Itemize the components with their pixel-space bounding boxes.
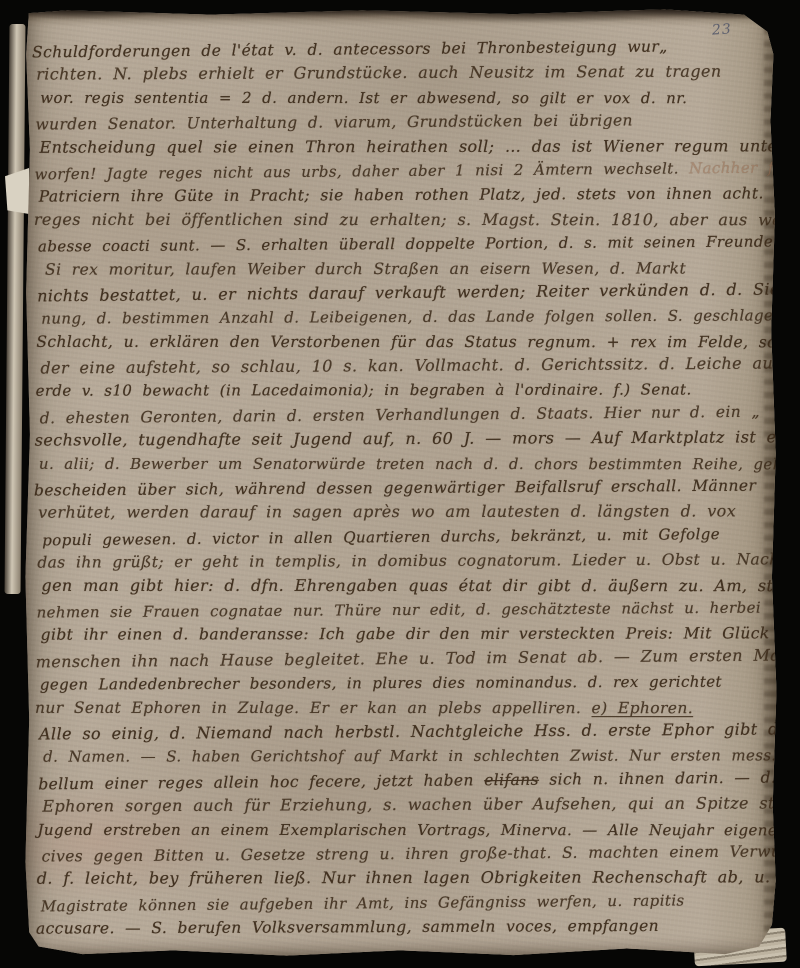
manuscript-line: sechsvolle, tugendhafte seit Jugend auf,… — [35, 426, 764, 454]
manuscript-text-segment: Entscheidung quel sie einen Thron heirat… — [39, 136, 778, 156]
manuscript-line: reges nicht bei öffentlichen sind zu erh… — [34, 208, 763, 233]
manuscript-text-segment: d. f. leicht, bey früheren ließ. Nur ihn… — [37, 867, 778, 888]
manuscript-line: Schlacht, u. erklären den Verstorbenen f… — [36, 330, 763, 355]
manuscript-text-segment: wurden Senator. Unterhaltung d. viarum, … — [35, 112, 633, 134]
manuscript-line: bescheiden über sich, während dessen geg… — [34, 474, 764, 503]
manuscript-text-segment: Patriciern ihre Güte in Pracht; sie habe… — [39, 185, 778, 206]
manuscript-text-segment: sechsvolle, tugendhafte seit Jugend auf,… — [35, 427, 778, 449]
manuscript-text-segment: worfen! Jagte reges nicht aus urbs, dahe… — [35, 159, 690, 183]
manuscript-text-segment: Alle so einig, d. Niemand nach herbstl. … — [39, 719, 778, 743]
manuscript-line: Jugend erstreben an einem Exemplarischen… — [37, 817, 765, 842]
manuscript-line: wurden Senator. Unterhaltung d. viarum, … — [35, 108, 762, 137]
manuscript-text-segment: richten. N. plebs erhielt er Grundstücke… — [36, 62, 721, 84]
manuscript-line: abesse coacti sunt. — S. erhalten überal… — [38, 230, 763, 259]
manuscript-text-segment: erde v. s10 bewacht (in Lacedaimonia); i… — [36, 381, 692, 400]
manuscript-text-segment: verhütet, werden darauf in sagen après w… — [38, 502, 736, 522]
manuscript-line: Alle so einig, d. Niemand nach herbstl. … — [39, 717, 765, 746]
manuscript-text-segment: nung, d. bestimmen Anzahl d. Leibeigenen… — [41, 306, 778, 327]
manuscript-line: richten. N. plebs erhielt er Grundstücke… — [36, 60, 762, 88]
manuscript-line: nur Senat Ephoren in Zulage. Er er kan a… — [35, 695, 765, 720]
manuscript-text-segment: Magistrate können sie aufgeben ihr Amt, … — [41, 891, 685, 915]
manuscript-text-segment: das ihn grüßt; er geht in templis, in do… — [37, 550, 778, 571]
manuscript-text-segment: Si rex moritur, laufen Weiber durch Stra… — [45, 259, 686, 278]
handwritten-text: Schuldforderungen de l'état v. d. antece… — [36, 35, 766, 941]
manuscript-line: Patriciern ihre Güte in Pracht; sie habe… — [39, 182, 763, 210]
manuscript-text-segment: abesse coacti sunt. — S. erhalten überal… — [38, 233, 778, 256]
manuscript-text-segment: nichts bestattet, u. er nichts darauf ve… — [37, 279, 778, 305]
manuscript-text-segment: Ephoren sorgen auch für Erziehung, s. wa… — [42, 793, 778, 815]
manuscript-text-segment: Schlacht, u. erklären den Verstorbenen f… — [36, 333, 777, 351]
manuscript-text-segment: Jugend erstreben an einem Exemplarischen… — [37, 820, 777, 838]
manuscript-line: Ephoren sorgen auch für Erziehung, s. wa… — [42, 792, 765, 820]
manuscript-line: d. Namen. — S. haben Gerichtshof auf Mar… — [43, 744, 765, 770]
manuscript-text-segment: sich n. ihnen darin. — d. — [539, 768, 776, 788]
manuscript-text-segment: accusare. — S. berufen Volksversammlung,… — [36, 917, 659, 938]
manuscript-line: accusare. — S. berufen Volksversammlung,… — [36, 913, 766, 941]
manuscript-line: nung, d. bestimmen Anzahl d. Leibeigenen… — [41, 304, 763, 332]
manuscript-text-segment: populi gewesen. d. victor in allen Quart… — [42, 525, 720, 549]
page-top-stain — [22, 7, 778, 27]
manuscript-line: u. alii; d. Bewerber um Senatorwürde tre… — [39, 451, 764, 476]
manuscript-text-segment: gibt ihr einen d. banderansse: Ich gabe … — [41, 625, 770, 644]
manuscript-page: 23 Schuldforderungen de l'état v. d. ant… — [22, 7, 778, 957]
manuscript-line: das ihn grüßt; er geht in templis, in do… — [37, 548, 764, 576]
manuscript-line: gibt ihr einen d. banderansse: Ich gabe … — [41, 622, 765, 648]
manuscript-text-segment: wor. regis sententia = 2 d. andern. Ist … — [40, 89, 687, 107]
manuscript-line: wor. regis sententia = 2 d. andern. Ist … — [40, 86, 762, 111]
manuscript-text-segment: gen man gibt hier: d. dfn. Ehrengaben qu… — [41, 575, 773, 594]
manuscript-text-segment: menschen ihn nach Hause begleitet. Ehe u… — [36, 645, 778, 671]
manuscript-text-segment: cives gegen Bitten u. Gesetze streng u. … — [42, 842, 778, 865]
manuscript-text-segment: d. ehesten Geronten, darin d. ersten Ver… — [40, 403, 760, 428]
manuscript-text-segment: bescheiden über sich, während dessen geg… — [34, 477, 756, 500]
manuscript-text-segment: nehmen sie Frauen cognatae nur. Thüre nu… — [36, 599, 761, 622]
manuscript-line: nehmen sie Frauen cognatae nur. Thüre nu… — [36, 596, 764, 625]
manuscript-text-segment: d. Namen. — S. haben Gerichtshof auf Mar… — [43, 747, 776, 766]
manuscript-line: cives gegen Bitten u. Gesetze streng u. … — [42, 839, 766, 868]
manuscript-text-segment: reges nicht bei öffentlichen sind zu erh… — [34, 210, 778, 229]
manuscript-line: gen man gibt hier: d. dfn. Ehrengaben qu… — [41, 573, 764, 598]
manuscript-text-segment: gegen Landedenbrecher besonders, in plur… — [40, 673, 722, 694]
manuscript-line: d. f. leicht, bey früheren ließ. Nur ihn… — [37, 866, 766, 892]
manuscript-word-strike: elifans — [484, 770, 539, 789]
manuscript-text-segment: Schuldforderungen de l'état v. d. antece… — [32, 38, 668, 62]
manuscript-line: gegen Landedenbrecher besonders, in plur… — [40, 670, 765, 698]
photo-background: 23 Schuldforderungen de l'état v. d. ant… — [0, 0, 800, 968]
manuscript-line: verhütet, werden darauf in sagen après w… — [38, 500, 764, 526]
manuscript-text-segment: u. alii; d. Bewerber um Senatorwürde tre… — [39, 454, 778, 472]
manuscript-word-faded: Nachher früh — [689, 158, 778, 177]
manuscript-text-segment: bellum einer reges allein hoc fecere, je… — [38, 771, 484, 793]
manuscript-text-segment: nur Senat Ephoren in Zulage. Er er kan a… — [35, 698, 592, 716]
manuscript-text-segment: der eine aufsteht, so schlau, 10 s. kan.… — [40, 353, 778, 377]
manuscript-word-underline: e) Ephoren. — [592, 699, 694, 717]
underlying-page-edge — [5, 24, 26, 594]
